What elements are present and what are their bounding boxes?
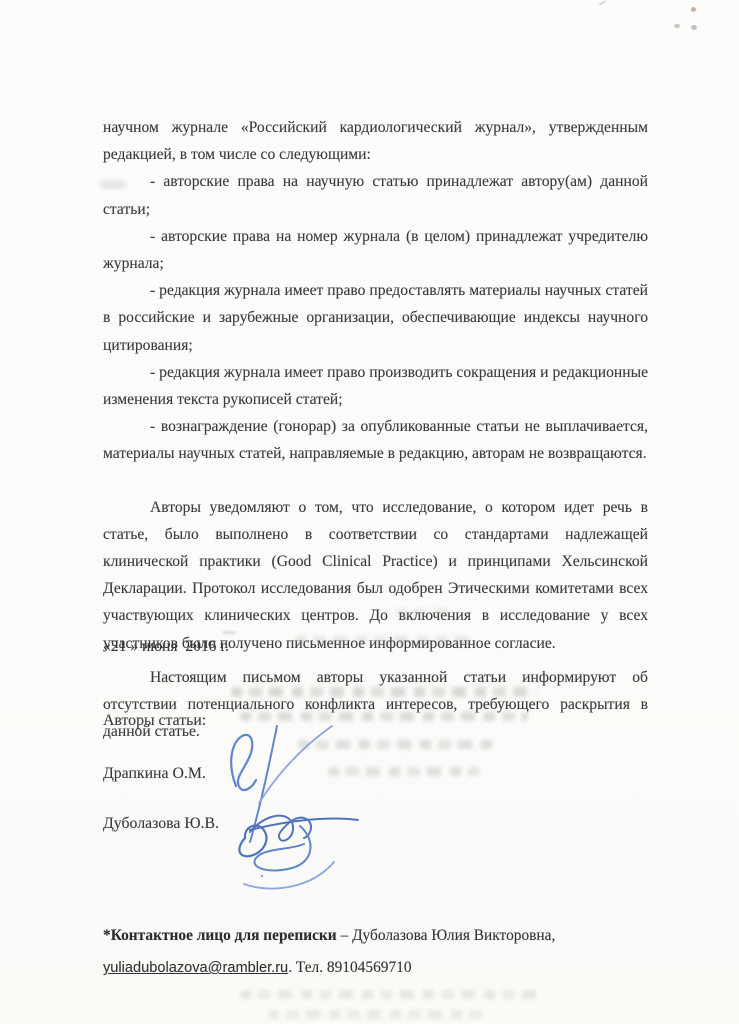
bullet-item: - редакция журнала имеет право предостав…	[103, 277, 648, 359]
author-name-drapkina: Драпкина О.М.	[103, 765, 206, 783]
contact-label: *Контактное лицо для переписки	[103, 927, 337, 944]
bullet-item: - авторские права на научную статью прин…	[103, 168, 648, 222]
contact-line: *Контактное лицо для переписки – Дуболаз…	[103, 920, 623, 952]
dust-speck	[691, 7, 696, 12]
dust-speck	[598, 0, 607, 6]
bullet-item: - вознаграждение (гонорар) за опубликова…	[103, 413, 648, 467]
author-name-dubolazova: Дуболазова Ю.В.	[103, 815, 219, 833]
bleed-through-text	[328, 767, 480, 776]
bleed-through-text	[295, 636, 475, 645]
dust-speck	[222, 631, 236, 634]
signature-dubolazova-ink	[232, 806, 372, 901]
dust-speck	[674, 24, 680, 28]
contact-email-line: yuliadubolazova@rambler.ru. Тел. 8910456…	[103, 952, 623, 984]
signature-dubolazova	[232, 806, 372, 901]
contact-footer: *Контактное лицо для переписки – Дуболаз…	[103, 920, 623, 984]
dust-speck	[100, 180, 126, 189]
intro-paragraph: научном журнале «Российский кардиологиче…	[103, 114, 648, 168]
contact-phone: . Тел. 89104569710	[288, 959, 411, 976]
date-line: «21 » июня 2016 г.	[103, 638, 229, 656]
bullet-item: - редакция журнала имеет право производи…	[103, 359, 648, 413]
bleed-through-text	[268, 1010, 488, 1019]
authors-label: Авторы статьи:	[103, 712, 206, 730]
dust-speck	[691, 25, 697, 30]
bleed-through-text	[240, 990, 540, 999]
bleed-through-text	[396, 608, 452, 617]
contact-name: – Дуболазова Юлия Викторовна,	[337, 927, 556, 944]
ethics-paragraph: Авторы уведомляют о том, что исследовани…	[103, 494, 648, 657]
scanned-document-page: научном журнале «Российский кардиологиче…	[0, 0, 739, 1024]
bullet-item: - авторские права на номер журнала (в це…	[103, 223, 648, 277]
contact-email: yuliadubolazova@rambler.ru	[103, 960, 288, 976]
conflict-paragraph: Настоящим письмом авторы указанной стать…	[103, 664, 648, 746]
bleed-through-text	[231, 687, 537, 697]
